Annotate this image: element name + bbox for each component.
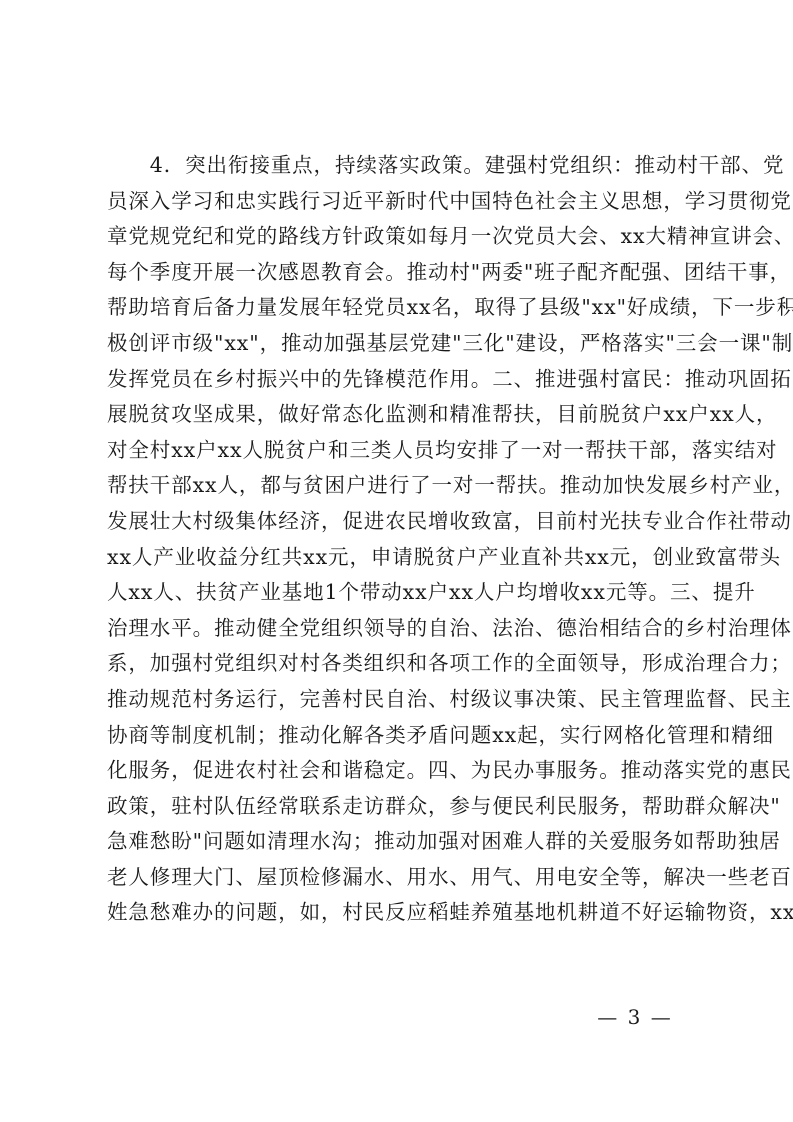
text-line: 人xx人、扶贫产业基地1个带动xx户xx人户均增收xx元等。三、提升 <box>107 575 697 611</box>
document-page: 4．突出衔接重点，持续落实政策。建强村党组织：推动村干部、党 员深入学习和忠实践… <box>0 0 793 1122</box>
text-line: 急难愁盼"问题如清理水沟；推动加强对困难人群的关爱服务如帮助独居 <box>107 824 697 860</box>
text-line: 协商等制度机制；推动化解各类矛盾问题xx起，实行网格化管理和精细 <box>107 718 697 754</box>
text-line: 发挥党员在乡村振兴中的先锋模范作用。二、推进强村富民：推动巩固拓 <box>107 362 697 398</box>
text-line: 帮扶干部xx人，都与贫困户进行了一对一帮扶。推动加快发展乡村产业， <box>107 468 697 504</box>
text-line: 系，加强村党组织对村各类组织和各项工作的全面领导，形成治理合力； <box>107 646 697 682</box>
text-line: 极创评市级"xx"，推动加强基层党建"三化"建设，严格落实"三会一课"制度， <box>107 326 697 362</box>
text-line: 化服务，促进农村社会和谐稳定。四、为民办事服务。推动落实党的惠民 <box>107 753 697 789</box>
text-line: 发展壮大村级集体经济，促进农民增收致富，目前村光扶专业合作社带动 <box>107 504 697 540</box>
text-line: 推动规范村务运行，完善村民自治、村级议事决策、民主管理监督、民主 <box>107 682 697 718</box>
text-line: 姓急愁难办的问题，如，村民反应稻蛙养殖基地机耕道不好运输物资，xx <box>107 895 697 931</box>
text-line: 政策，驻村队伍经常联系走访群众，参与便民利民服务，帮助群众解决" <box>107 789 697 825</box>
body-paragraph: 4．突出衔接重点，持续落实政策。建强村党组织：推动村干部、党 员深入学习和忠实践… <box>107 148 697 931</box>
text-line: 帮助培育后备力量发展年轻党员xx名，取得了县级"xx"好成绩，下一步积 <box>107 290 697 326</box>
text-line: 老人修理大门、屋顶检修漏水、用水、用气、用电安全等，解决一些老百 <box>107 860 697 896</box>
page-number: — 3 — <box>590 1005 680 1029</box>
text-line: xx人产业收益分红共xx元，申请脱贫户产业直补共xx元，创业致富带头 <box>107 540 697 576</box>
text-line: 4．突出衔接重点，持续落实政策。建强村党组织：推动村干部、党 <box>107 148 697 184</box>
text-line: 员深入学习和忠实践行习近平新时代中国特色社会主义思想，学习贯彻党 <box>107 184 697 220</box>
text-line: 展脱贫攻坚成果，做好常态化监测和精准帮扶，目前脱贫户xx户xx人， <box>107 397 697 433</box>
text-line: 治理水平。推动健全党组织领导的自治、法治、德治相结合的乡村治理体 <box>107 611 697 647</box>
text-line: 章党规党纪和党的路线方针政策如每月一次党员大会、xx大精神宣讲会、 <box>107 219 697 255</box>
text-line: 对全村xx户xx人脱贫户和三类人员均安排了一对一帮扶干部，落实结对 <box>107 433 697 469</box>
text-line: 每个季度开展一次感恩教育会。推动村"两委"班子配齐配强、团结干事， <box>107 255 697 291</box>
